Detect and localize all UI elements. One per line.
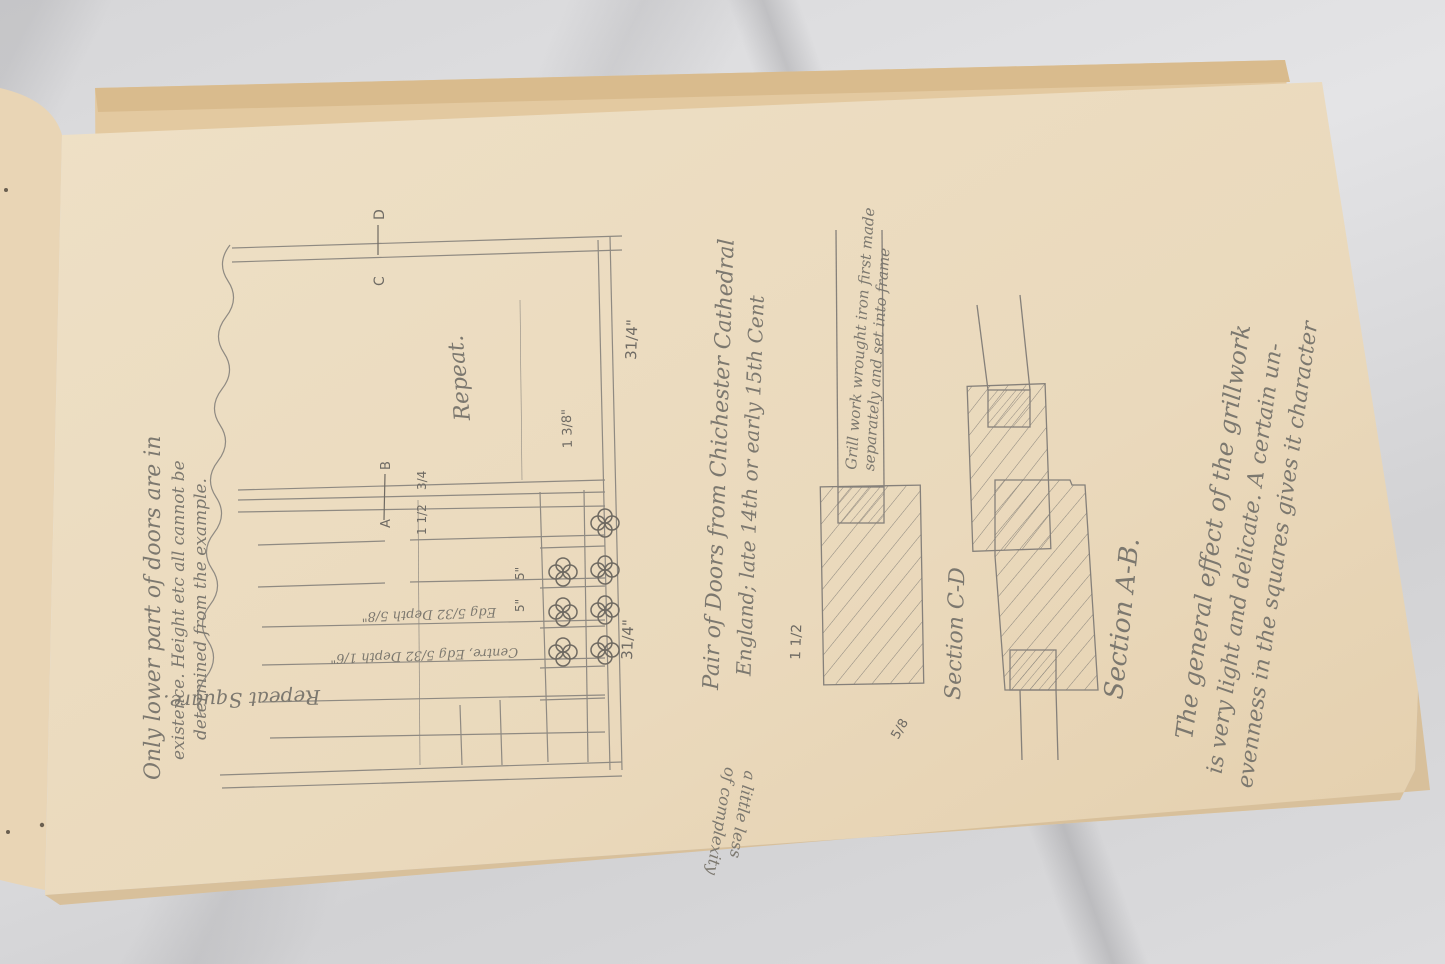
marker-b: B — [379, 461, 394, 470]
dim-inner: 1 3/8" — [560, 409, 576, 449]
section-cd-caption: Section C-D — [941, 566, 971, 700]
left-margin-note: Only lower part of doors are in existenc… — [141, 436, 211, 780]
dim-right-bottom: 31/4" — [618, 619, 637, 660]
dim-right-top: 31/4" — [622, 319, 641, 360]
dim-3-4: 3/4 — [415, 471, 429, 490]
sketchbook-illustration: Only lower part of doors are in existenc… — [0, 0, 1445, 964]
dim-1-1-2: 1 1/2 — [415, 504, 429, 535]
left-margin-line-1: Only lower part of doors are in — [141, 436, 166, 780]
marker-c: C — [372, 276, 388, 286]
marker-a: A — [379, 519, 394, 528]
dim-5-a: 5" — [513, 567, 527, 580]
sketchbook-scene: Only lower part of doors are in existenc… — [0, 0, 1445, 964]
section-cd-dim-width: 1 1/2 — [788, 624, 805, 660]
dim-5-b: 5" — [513, 599, 527, 612]
marker-d: D — [372, 209, 388, 220]
